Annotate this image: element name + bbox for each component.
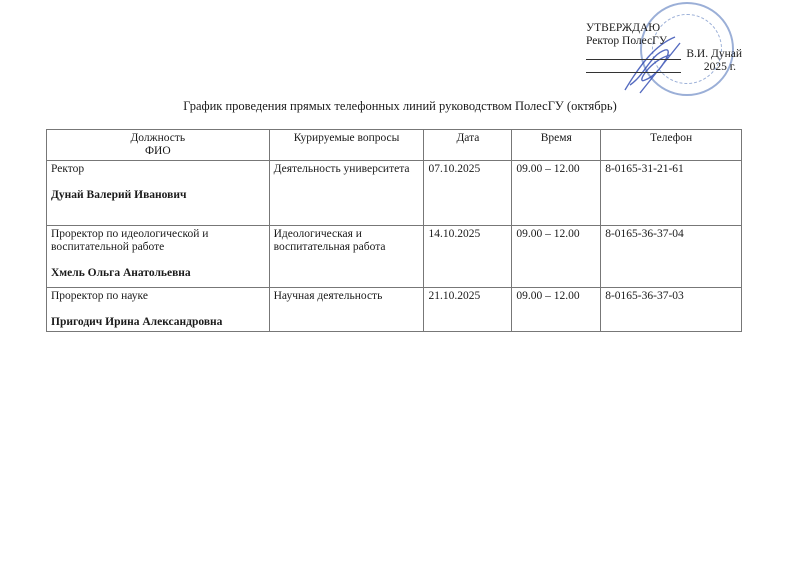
approval-block: УТВЕРЖДАЮ Ректор ПолесГУ В.И. Дунай 2025… bbox=[586, 22, 756, 74]
cell-date: 14.10.2025 bbox=[424, 226, 512, 288]
header-position-label: Должность bbox=[51, 132, 265, 145]
approval-date-line: 2025 г. bbox=[586, 61, 756, 74]
cell-date: 07.10.2025 bbox=[424, 161, 512, 226]
table-row: Ректор Дунай Валерий Иванович Деятельнос… bbox=[47, 161, 742, 226]
cell-topics: Идеологическая и воспитательная работа bbox=[269, 226, 424, 288]
cell-time: 09.00 – 12.00 bbox=[512, 226, 601, 288]
cell-topics: Научная деятельность bbox=[269, 288, 424, 332]
header-time: Время bbox=[512, 130, 601, 161]
cell-topics: Деятельность университета bbox=[269, 161, 424, 226]
date-rule bbox=[586, 72, 681, 73]
person-name: Хмель Ольга Анатольевна bbox=[51, 267, 265, 280]
cell-position: Ректор Дунай Валерий Иванович bbox=[47, 161, 270, 226]
approval-date: 2025 г. bbox=[704, 61, 736, 74]
cell-date: 21.10.2025 bbox=[424, 288, 512, 332]
table-header-row: Должность ФИО Курируемые вопросы Дата Вр… bbox=[47, 130, 742, 161]
cell-phone: 8-0165-36-37-03 bbox=[601, 288, 742, 332]
approval-signatory: В.И. Дунай bbox=[686, 48, 742, 61]
cell-position: Проректор по идеологической и воспитател… bbox=[47, 226, 270, 288]
header-position: Должность ФИО bbox=[47, 130, 270, 161]
cell-phone: 8-0165-36-37-04 bbox=[601, 226, 742, 288]
position-text: Ректор bbox=[51, 163, 265, 176]
cell-position: Проректор по науке Пригодич Ирина Алекса… bbox=[47, 288, 270, 332]
document-title: График проведения прямых телефонных лини… bbox=[0, 99, 800, 114]
approval-position: Ректор ПолесГУ bbox=[586, 35, 756, 48]
approval-signature-line: В.И. Дунай bbox=[586, 48, 756, 61]
cell-time: 09.00 – 12.00 bbox=[512, 288, 601, 332]
position-text: Проректор по науке bbox=[51, 290, 265, 303]
schedule-table: Должность ФИО Курируемые вопросы Дата Вр… bbox=[46, 129, 742, 332]
person-name: Дунай Валерий Иванович bbox=[51, 189, 265, 202]
header-date: Дата bbox=[424, 130, 512, 161]
cell-phone: 8-0165-31-21-61 bbox=[601, 161, 742, 226]
approval-heading: УТВЕРЖДАЮ bbox=[586, 22, 756, 35]
person-name: Пригодич Ирина Александровна bbox=[51, 316, 265, 329]
header-topics: Курируемые вопросы bbox=[269, 130, 424, 161]
position-text: Проректор по идеологической и воспитател… bbox=[51, 228, 265, 254]
table-row: Проректор по идеологической и воспитател… bbox=[47, 226, 742, 288]
signature-rule bbox=[586, 59, 681, 60]
header-phone: Телефон bbox=[601, 130, 742, 161]
cell-time: 09.00 – 12.00 bbox=[512, 161, 601, 226]
table-row: Проректор по науке Пригодич Ирина Алекса… bbox=[47, 288, 742, 332]
header-name-label: ФИО bbox=[51, 145, 265, 158]
